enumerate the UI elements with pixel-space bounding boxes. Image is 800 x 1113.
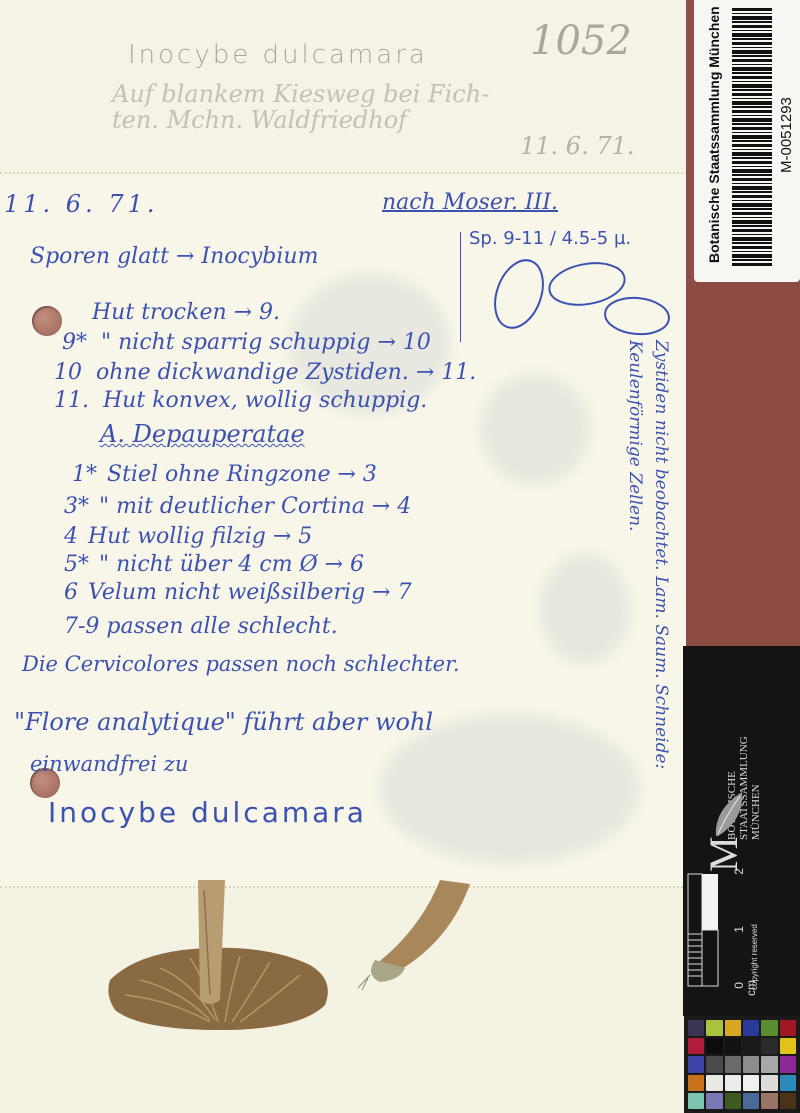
scale-bar-icon bbox=[684, 870, 730, 990]
key-number: 6 bbox=[64, 580, 78, 605]
note-line: einwandfrei zu bbox=[30, 752, 188, 776]
species-title-pencil: Inocybe dulcamara bbox=[128, 40, 428, 70]
notes-date: 11. 6. 71. bbox=[4, 190, 159, 218]
color-swatch bbox=[761, 1093, 777, 1109]
color-swatch bbox=[761, 1038, 777, 1054]
key-line: 9*" nicht sparrig schuppig → 10 bbox=[62, 330, 431, 355]
upper-label-sheet: Inocybe dulcamara 1052 Auf blankem Kiesw… bbox=[0, 0, 686, 175]
color-swatch bbox=[743, 1038, 759, 1054]
note-line: Die Cervicolores passen noch schlechter. bbox=[22, 652, 460, 676]
note-text: Hut wollig filzig → 5 bbox=[88, 524, 312, 549]
color-swatch bbox=[761, 1075, 777, 1091]
color-swatch bbox=[743, 1056, 759, 1072]
color-swatch bbox=[725, 1056, 741, 1072]
habitat-line-2: ten. Mchn. Waldfriedhof bbox=[112, 106, 407, 134]
color-swatch bbox=[688, 1038, 704, 1054]
color-swatch bbox=[725, 1093, 741, 1109]
color-swatch bbox=[725, 1075, 741, 1091]
color-checker bbox=[684, 1016, 800, 1113]
key-line: 5*" nicht über 4 cm Ø → 6 bbox=[64, 552, 364, 577]
color-swatch bbox=[780, 1093, 796, 1109]
color-swatch bbox=[706, 1093, 722, 1109]
copyright-notice: copyright reserved bbox=[750, 880, 764, 990]
key-line: 11.Hut konvex, wollig schuppig. bbox=[54, 388, 427, 413]
spore-drawings-icon bbox=[461, 232, 671, 342]
catalog-id: M-0051293 bbox=[776, 60, 798, 210]
scale-tick-label: 2 bbox=[732, 868, 746, 875]
note-text: Die Cervicolores passen noch schlechter. bbox=[22, 652, 460, 676]
key-number: 4 bbox=[64, 524, 78, 549]
mushroom-illustration-icon bbox=[100, 880, 480, 1040]
note-text: Stiel ohne Ringzone → 3 bbox=[107, 462, 377, 487]
color-swatch bbox=[780, 1020, 796, 1036]
key-number: 11. bbox=[54, 388, 89, 413]
logo-name-line: MÜNCHEN bbox=[750, 700, 762, 840]
key-reference: nach Moser. III. bbox=[382, 190, 558, 215]
key-number: 10 bbox=[54, 360, 82, 385]
barcode-institution: Botanische Staatssammlung München bbox=[700, 0, 728, 270]
color-swatch bbox=[688, 1093, 704, 1109]
note-line: "Flore analytique" führt aber wohl bbox=[14, 708, 433, 736]
key-line: 10ohne dickwandige Zystiden. → 11. bbox=[54, 360, 476, 385]
habitat-line-1: Auf blankem Kiesweg bei Fich- bbox=[112, 80, 489, 108]
note-text: Sporen glatt → Inocybium bbox=[30, 244, 318, 269]
note-text: ohne dickwandige Zystiden. → 11. bbox=[96, 360, 476, 385]
note-text: einwandfrei zu bbox=[30, 752, 188, 776]
key-line: 7-9 passen alle schlecht. bbox=[64, 614, 338, 639]
note-text: Velum nicht weißsilberig → 7 bbox=[88, 580, 412, 605]
color-swatch bbox=[780, 1038, 796, 1054]
key-number: 3* bbox=[64, 494, 89, 519]
spore-sketch-box: Sp. 9-11 / 4.5-5 µ. bbox=[460, 232, 671, 342]
key-line: 4Hut wollig filzig → 5 bbox=[64, 524, 312, 549]
note-text: " mit deutlicher Cortina → 4 bbox=[99, 494, 411, 519]
key-line: Hut trocken → 9. bbox=[92, 300, 280, 325]
key-number: 5* bbox=[64, 552, 89, 577]
color-swatch bbox=[688, 1075, 704, 1091]
color-swatch bbox=[725, 1020, 741, 1036]
determination: Inocybe dulcamara bbox=[48, 796, 367, 829]
section-heading: A. Depauperatae bbox=[100, 420, 305, 448]
color-swatch bbox=[780, 1056, 796, 1072]
key-number: 1* bbox=[72, 462, 97, 487]
key-line: 3*" mit deutlicher Cortina → 4 bbox=[64, 494, 411, 519]
color-swatch bbox=[743, 1075, 759, 1091]
color-swatch bbox=[761, 1056, 777, 1072]
stain bbox=[380, 714, 640, 864]
barcode-icon bbox=[732, 8, 772, 266]
color-swatch bbox=[706, 1038, 722, 1054]
color-swatch bbox=[688, 1056, 704, 1072]
stain bbox=[480, 374, 590, 484]
note-text: Hut trocken → 9. bbox=[92, 300, 280, 325]
brown-board bbox=[686, 282, 800, 646]
vertical-margin-note: Zystiden nicht beobachtet. Lam. Saum. Sc… bbox=[618, 340, 674, 880]
color-swatch bbox=[743, 1020, 759, 1036]
stain bbox=[540, 554, 630, 664]
color-swatch bbox=[706, 1020, 722, 1036]
logo-letter: M bbox=[700, 812, 740, 872]
note-text: 7-9 passen alle schlecht. bbox=[64, 614, 338, 639]
color-swatch bbox=[780, 1075, 796, 1091]
note-text: " nicht über 4 cm Ø → 6 bbox=[99, 552, 364, 577]
scale-tick-label: 1 bbox=[732, 926, 746, 933]
note-text: A. Depauperatae bbox=[100, 420, 305, 448]
key-number: 9* bbox=[62, 330, 87, 355]
key-line: 1*Stiel ohne Ringzone → 3 bbox=[72, 462, 377, 487]
color-swatch bbox=[743, 1093, 759, 1109]
note-text: " nicht sparrig schuppig → 10 bbox=[101, 330, 431, 355]
color-swatch bbox=[761, 1020, 777, 1036]
color-swatch bbox=[725, 1038, 741, 1054]
punch-hole bbox=[32, 306, 62, 336]
note-line: Sporen glatt → Inocybium bbox=[30, 244, 318, 269]
color-swatch bbox=[706, 1056, 722, 1072]
collection-date-pencil: 11. 6. 71. bbox=[520, 132, 635, 160]
note-text: Hut konvex, wollig schuppig. bbox=[103, 388, 427, 413]
color-swatch bbox=[706, 1075, 722, 1091]
specimen-number: 1052 bbox=[530, 18, 632, 64]
key-line: 6Velum nicht weißsilberig → 7 bbox=[64, 580, 412, 605]
note-text: "Flore analytique" führt aber wohl bbox=[14, 708, 433, 736]
color-swatch bbox=[688, 1020, 704, 1036]
